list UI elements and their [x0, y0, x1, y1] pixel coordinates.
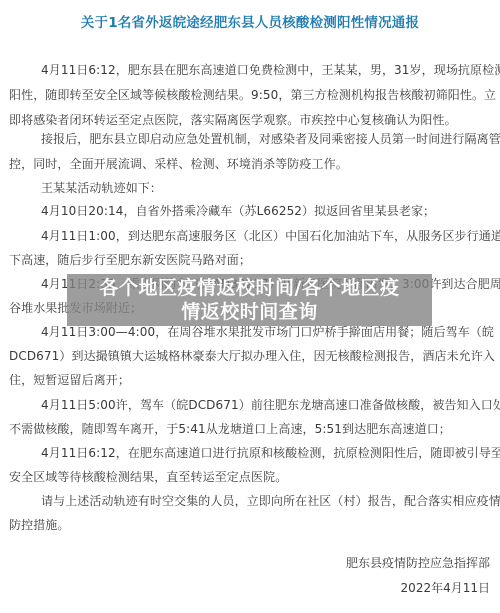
- text-line: 4月10日20:14，自省外搭乘冷藏车（苏L66252）拟返回省里某县老家；: [41, 203, 435, 219]
- text-line: 4月11日6:12，肥东县在肥东高速道口免费检测中，王某某，男，31岁，现场抗原…: [41, 62, 500, 78]
- overlay-line-2: 情返校时间查询: [67, 301, 432, 323]
- text-line: 4月11日6:12，在肥东高速道口进行抗原和核酸检测，抗原检测阳性后，随即被引导…: [41, 445, 500, 461]
- text-line: 王某某活动轨迹如下：: [41, 180, 162, 196]
- text-line: 不需做核酸，随即驾车离开，于5:41从龙塘道口上高速，5:51到达肥东高速道口；: [9, 421, 451, 437]
- text-line: 防控措施。: [9, 517, 70, 533]
- text-line: 4月11日3:00—4:00，在周谷堆水果批发市场门口炉桥手擀面店用餐；随后驾车…: [41, 324, 494, 340]
- text-line: 下高速，随后步行至肥东新安医院马路对面；: [9, 252, 251, 268]
- text-line: 即将感染者闭环转运至定点医院，落实隔离医学观察。市疾控中心复核确认为阳性。: [9, 112, 457, 128]
- text-line: 住，短暂逗留后离开；: [9, 372, 130, 388]
- text-line: 4月11日1:00，到达肥东高速服务区（北区）中国石化加油站下车，从服务区步行通…: [41, 228, 500, 244]
- text-line: 安全区域等待核酸检测结果，直至转运至定点医院。: [9, 469, 287, 485]
- text-line: DCD671）到达撮镇镇大运城格林豪泰大厅拟办理入住，因无核酸检测报告，酒店未允…: [9, 348, 495, 364]
- text-line: 接报后，肥东县立即启动应急处置机制，对感染者及同乘密接人员第一时间进行隔离管: [41, 131, 500, 147]
- signature-org: 肥东县疫情防控应急指挥部: [346, 555, 490, 571]
- text-line: 请与上述活动轨迹有时空交集的人员，立即向所在社区（村）报告，配合落实相应疫情: [41, 493, 500, 509]
- document-title: 关于1名省外返皖途经肥东县人员核酸检测阳性情况通报: [0, 11, 500, 31]
- text-line: 4月11日5:00许，驾车（皖DCD671）前往肥东龙塘高速口准备做核酸，被告知…: [41, 397, 500, 413]
- text-line: 阳性，随即转至安全区域等候核酸检测结果。9:50，第三方检测机构报告核酸初筛阳性…: [9, 87, 496, 103]
- overlay-line-1: 各个地区疫情返校时间/各个地区疫: [67, 277, 432, 299]
- signature-date: 2022年4月11日: [401, 580, 490, 596]
- caption-overlay: 各个地区疫情返校时间/各个地区疫 情返校时间查询: [67, 274, 432, 326]
- text-line: 控，同时，全面开展流调、采样、检测、环境消杀等防疫工作。: [9, 156, 348, 172]
